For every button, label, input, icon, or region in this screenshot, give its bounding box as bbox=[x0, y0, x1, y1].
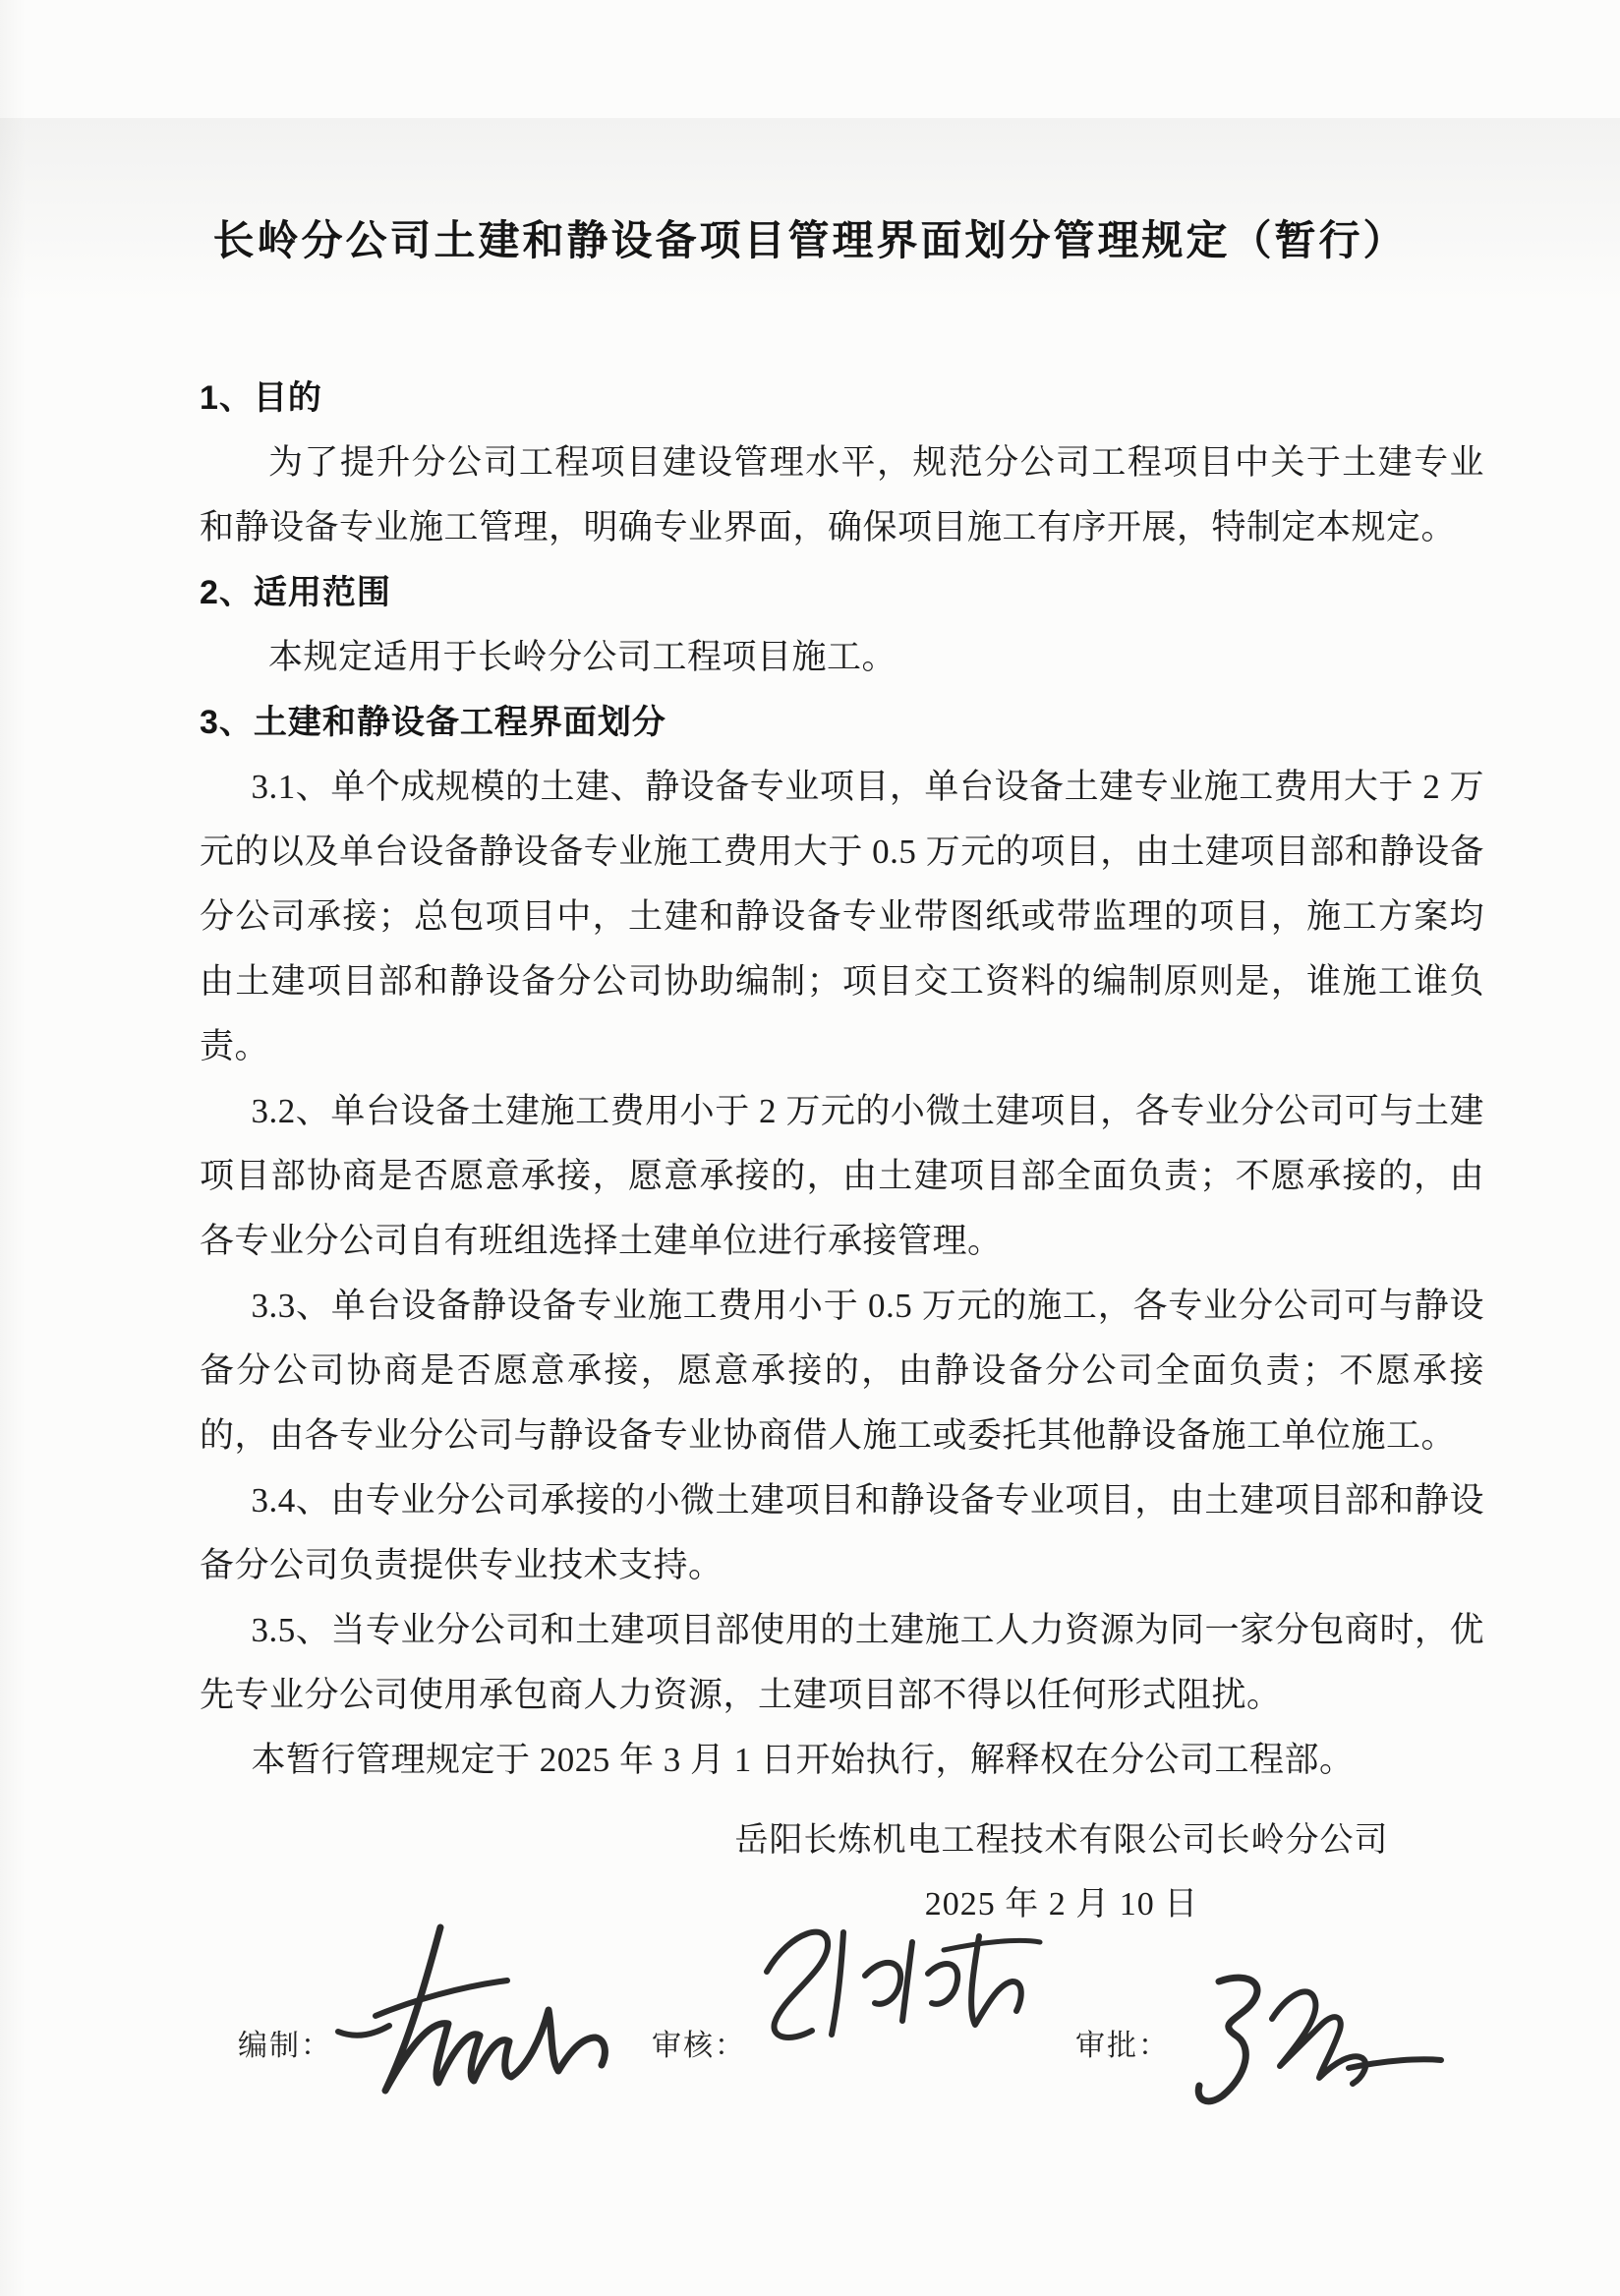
compiler-signature-handwriting bbox=[324, 1922, 649, 2118]
approver-signature-handwriting bbox=[1162, 1968, 1457, 2125]
signature-row: 编制： 审核： 审批： bbox=[0, 0, 1620, 2296]
signature-label-reviewer: 审核： bbox=[652, 2021, 746, 2064]
signature-label-compiler: 编制： bbox=[238, 2021, 332, 2064]
document-page: 长岭分公司土建和静设备项目管理界面划分管理规定（暂行） 1、目的 为了提升分公司… bbox=[0, 0, 1620, 2296]
signature-label-approver: 审批： bbox=[1075, 2021, 1170, 2064]
reviewer-signature-handwriting bbox=[739, 1915, 1054, 2072]
